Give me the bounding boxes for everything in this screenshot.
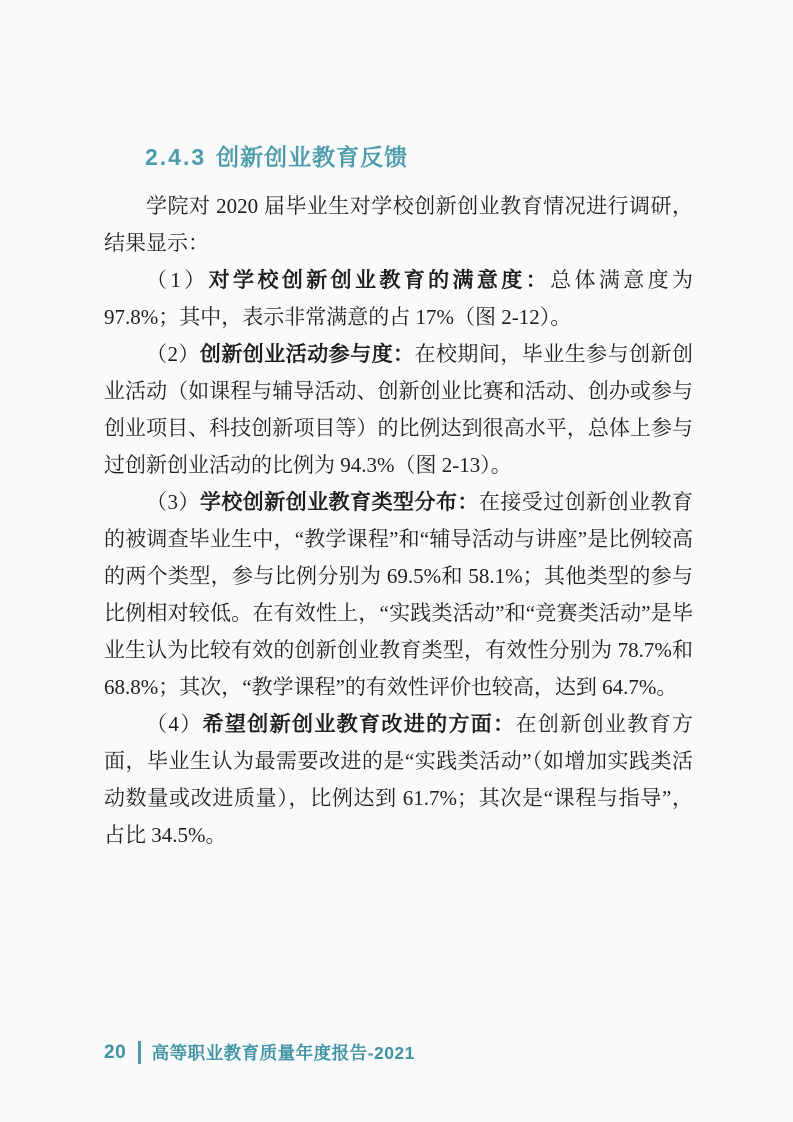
paragraph-item-4: （4）希望创新创业教育改进的方面：在创新创业教育方面，毕业生认为最需要改进的是“… [104, 706, 693, 854]
section-number: 2.4.3 [145, 144, 206, 170]
document-page: 2.4.3创新创业教育反馈 学院对 2020 届毕业生对学校创新创业教育情况进行… [0, 0, 793, 1122]
list-number: （3） [146, 490, 200, 514]
list-number: （1） [146, 268, 209, 292]
paragraph-label-bold: 希望创新创业教育改进的方面： [203, 712, 516, 736]
page-footer: 20 高等职业教育质量年度报告-2021 [104, 1040, 415, 1065]
paragraph-item-2: （2）创新创业活动参与度：在校期间，毕业生参与创新创业活动（如课程与辅导活动、创… [104, 336, 693, 484]
section-heading: 2.4.3创新创业教育反馈 [145, 139, 408, 172]
paragraph-text: 学院对 2020 届毕业生对学校创新创业教育情况进行调研，结果显示： [104, 194, 693, 255]
section-title: 创新创业教育反馈 [216, 144, 408, 170]
list-number: （4） [146, 712, 203, 736]
list-number: （2） [146, 342, 200, 366]
paragraph-label-bold: 创新创业活动参与度： [200, 342, 415, 366]
paragraph-item-1: （1）对学校创新创业教育的满意度：总体满意度为 97.8%；其中，表示非常满意的… [104, 262, 693, 336]
paragraph-label-bold: 对学校创新创业教育的满意度： [209, 268, 550, 292]
paragraph-intro: 学院对 2020 届毕业生对学校创新创业教育情况进行调研，结果显示： [104, 188, 693, 262]
footer-divider [138, 1041, 141, 1064]
page-number: 20 [104, 1042, 126, 1064]
footer-report-title: 高等职业教育质量年度报告-2021 [152, 1040, 415, 1065]
paragraph-item-3: （3）学校创新创业教育类型分布：在接受过创新创业教育的被调查毕业生中，“教学课程… [104, 484, 693, 706]
body-text: 学院对 2020 届毕业生对学校创新创业教育情况进行调研，结果显示： （1）对学… [104, 188, 693, 854]
paragraph-text: 在接受过创新创业教育的被调查毕业生中，“教学课程”和“辅导活动与讲座”是比例较高… [104, 490, 693, 699]
paragraph-label-bold: 学校创新创业教育类型分布： [200, 490, 479, 514]
